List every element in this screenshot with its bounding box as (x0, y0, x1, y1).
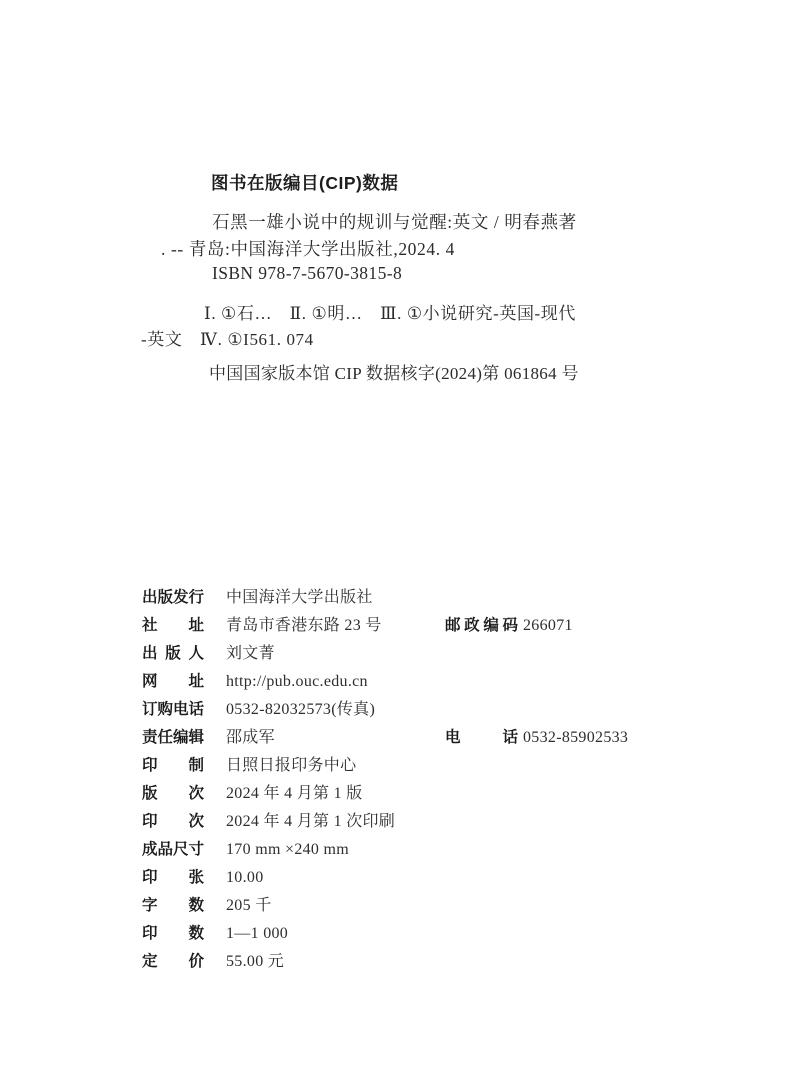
cip-title-line: 石黑一雄小说中的规训与觉醒:英文 / 明春燕著 (212, 209, 577, 234)
row-label: 出版人 (142, 640, 204, 668)
row-label: 定价 (142, 948, 204, 976)
cip-classification-line-1: Ⅰ. ①石… Ⅱ. ①明… Ⅲ. ①小说研究-英国-现代 (204, 299, 576, 324)
colophon-row-publisher: 出版发行中国海洋大学出版社 (142, 584, 762, 612)
colophon-row-print-run: 印数1—1 000 (142, 920, 762, 948)
colophon-row-printer: 印制日照日报印务中心 (142, 752, 762, 780)
row-value-website-url: http://pub.ouc.edu.cn (226, 668, 368, 696)
row-label: 印张 (142, 864, 204, 892)
row-value: 青岛市香港东路 23 号 (226, 612, 382, 640)
row-value: 55.00 元 (226, 948, 284, 976)
colophon-row-edition: 版次2024 年 4 月第 1 版 (142, 780, 762, 808)
colophon-row-editor: 责任编辑邵成军 电话 0532-85902533 (142, 724, 762, 752)
copyright-page: 图书在版编目(CIP)数据 石黑一雄小说中的规训与觉醒:英文 / 明春燕著 . … (0, 0, 799, 1073)
row-value: 1—1 000 (226, 920, 288, 948)
row-value: 170 mm ×240 mm (226, 836, 349, 864)
colophon-row-impression: 印次2024 年 4 月第 1 次印刷 (142, 808, 762, 836)
row-label: 印次 (142, 808, 204, 836)
cip-isbn-line: ISBN 978-7-5670-3815-8 (212, 263, 402, 284)
colophon-row-website: 网址http://pub.ouc.edu.cn (142, 668, 762, 696)
row-label: 网址 (142, 668, 204, 696)
row-label: 印数 (142, 920, 204, 948)
colophon-block: 出版发行中国海洋大学出版社 社址青岛市香港东路 23 号 邮政编码 266071… (142, 584, 762, 976)
colophon-row-price: 定价55.00 元 (142, 948, 762, 976)
row-label: 印制 (142, 752, 204, 780)
colophon-row-trim-size: 成品尺寸170 mm ×240 mm (142, 836, 762, 864)
row-value: 205 千 (226, 892, 272, 920)
row-label: 字数 (142, 892, 204, 920)
colophon-row-order-phone: 订购电话0532-82032573(传真) (142, 696, 762, 724)
row-label: 责任编辑 (142, 724, 204, 752)
row-label-postcode: 邮政编码 (445, 612, 518, 640)
row-value: 日照日报印务中心 (226, 752, 356, 780)
row-value: 0532-82032573(传真) (226, 696, 375, 724)
colophon-row-address: 社址青岛市香港东路 23 号 邮政编码 266071 (142, 612, 762, 640)
cip-record-line: 中国国家版本馆 CIP 数据核字(2024)第 061864 号 (209, 359, 579, 384)
row-label: 订购电话 (142, 696, 204, 724)
row-value: 邵成军 (226, 724, 275, 752)
row-label: 版次 (142, 780, 204, 808)
row-value: 中国海洋大学出版社 (226, 584, 373, 612)
row-value: 2024 年 4 月第 1 版 (226, 780, 363, 808)
colophon-row-sheets: 印张10.00 (142, 864, 762, 892)
row-value-postcode: 266071 (523, 612, 573, 640)
row-value-phone: 0532-85902533 (523, 724, 628, 752)
cip-publisher-line: . -- 青岛:中国海洋大学出版社,2024. 4 (161, 236, 455, 261)
row-value: 2024 年 4 月第 1 次印刷 (226, 808, 395, 836)
row-label: 出版发行 (142, 584, 204, 612)
row-label: 成品尺寸 (142, 836, 204, 864)
row-label-phone: 电话 (445, 724, 518, 752)
colophon-row-word-count: 字数205 千 (142, 892, 762, 920)
row-label: 社址 (142, 612, 204, 640)
cip-header: 图书在版编目(CIP)数据 (211, 170, 398, 195)
row-value: 刘文菁 (226, 640, 275, 668)
colophon-row-publisher-person: 出版人刘文菁 (142, 640, 762, 668)
row-value: 10.00 (226, 864, 264, 892)
cip-classification-line-2: -英文 Ⅳ. ①I561. 074 (141, 325, 314, 350)
